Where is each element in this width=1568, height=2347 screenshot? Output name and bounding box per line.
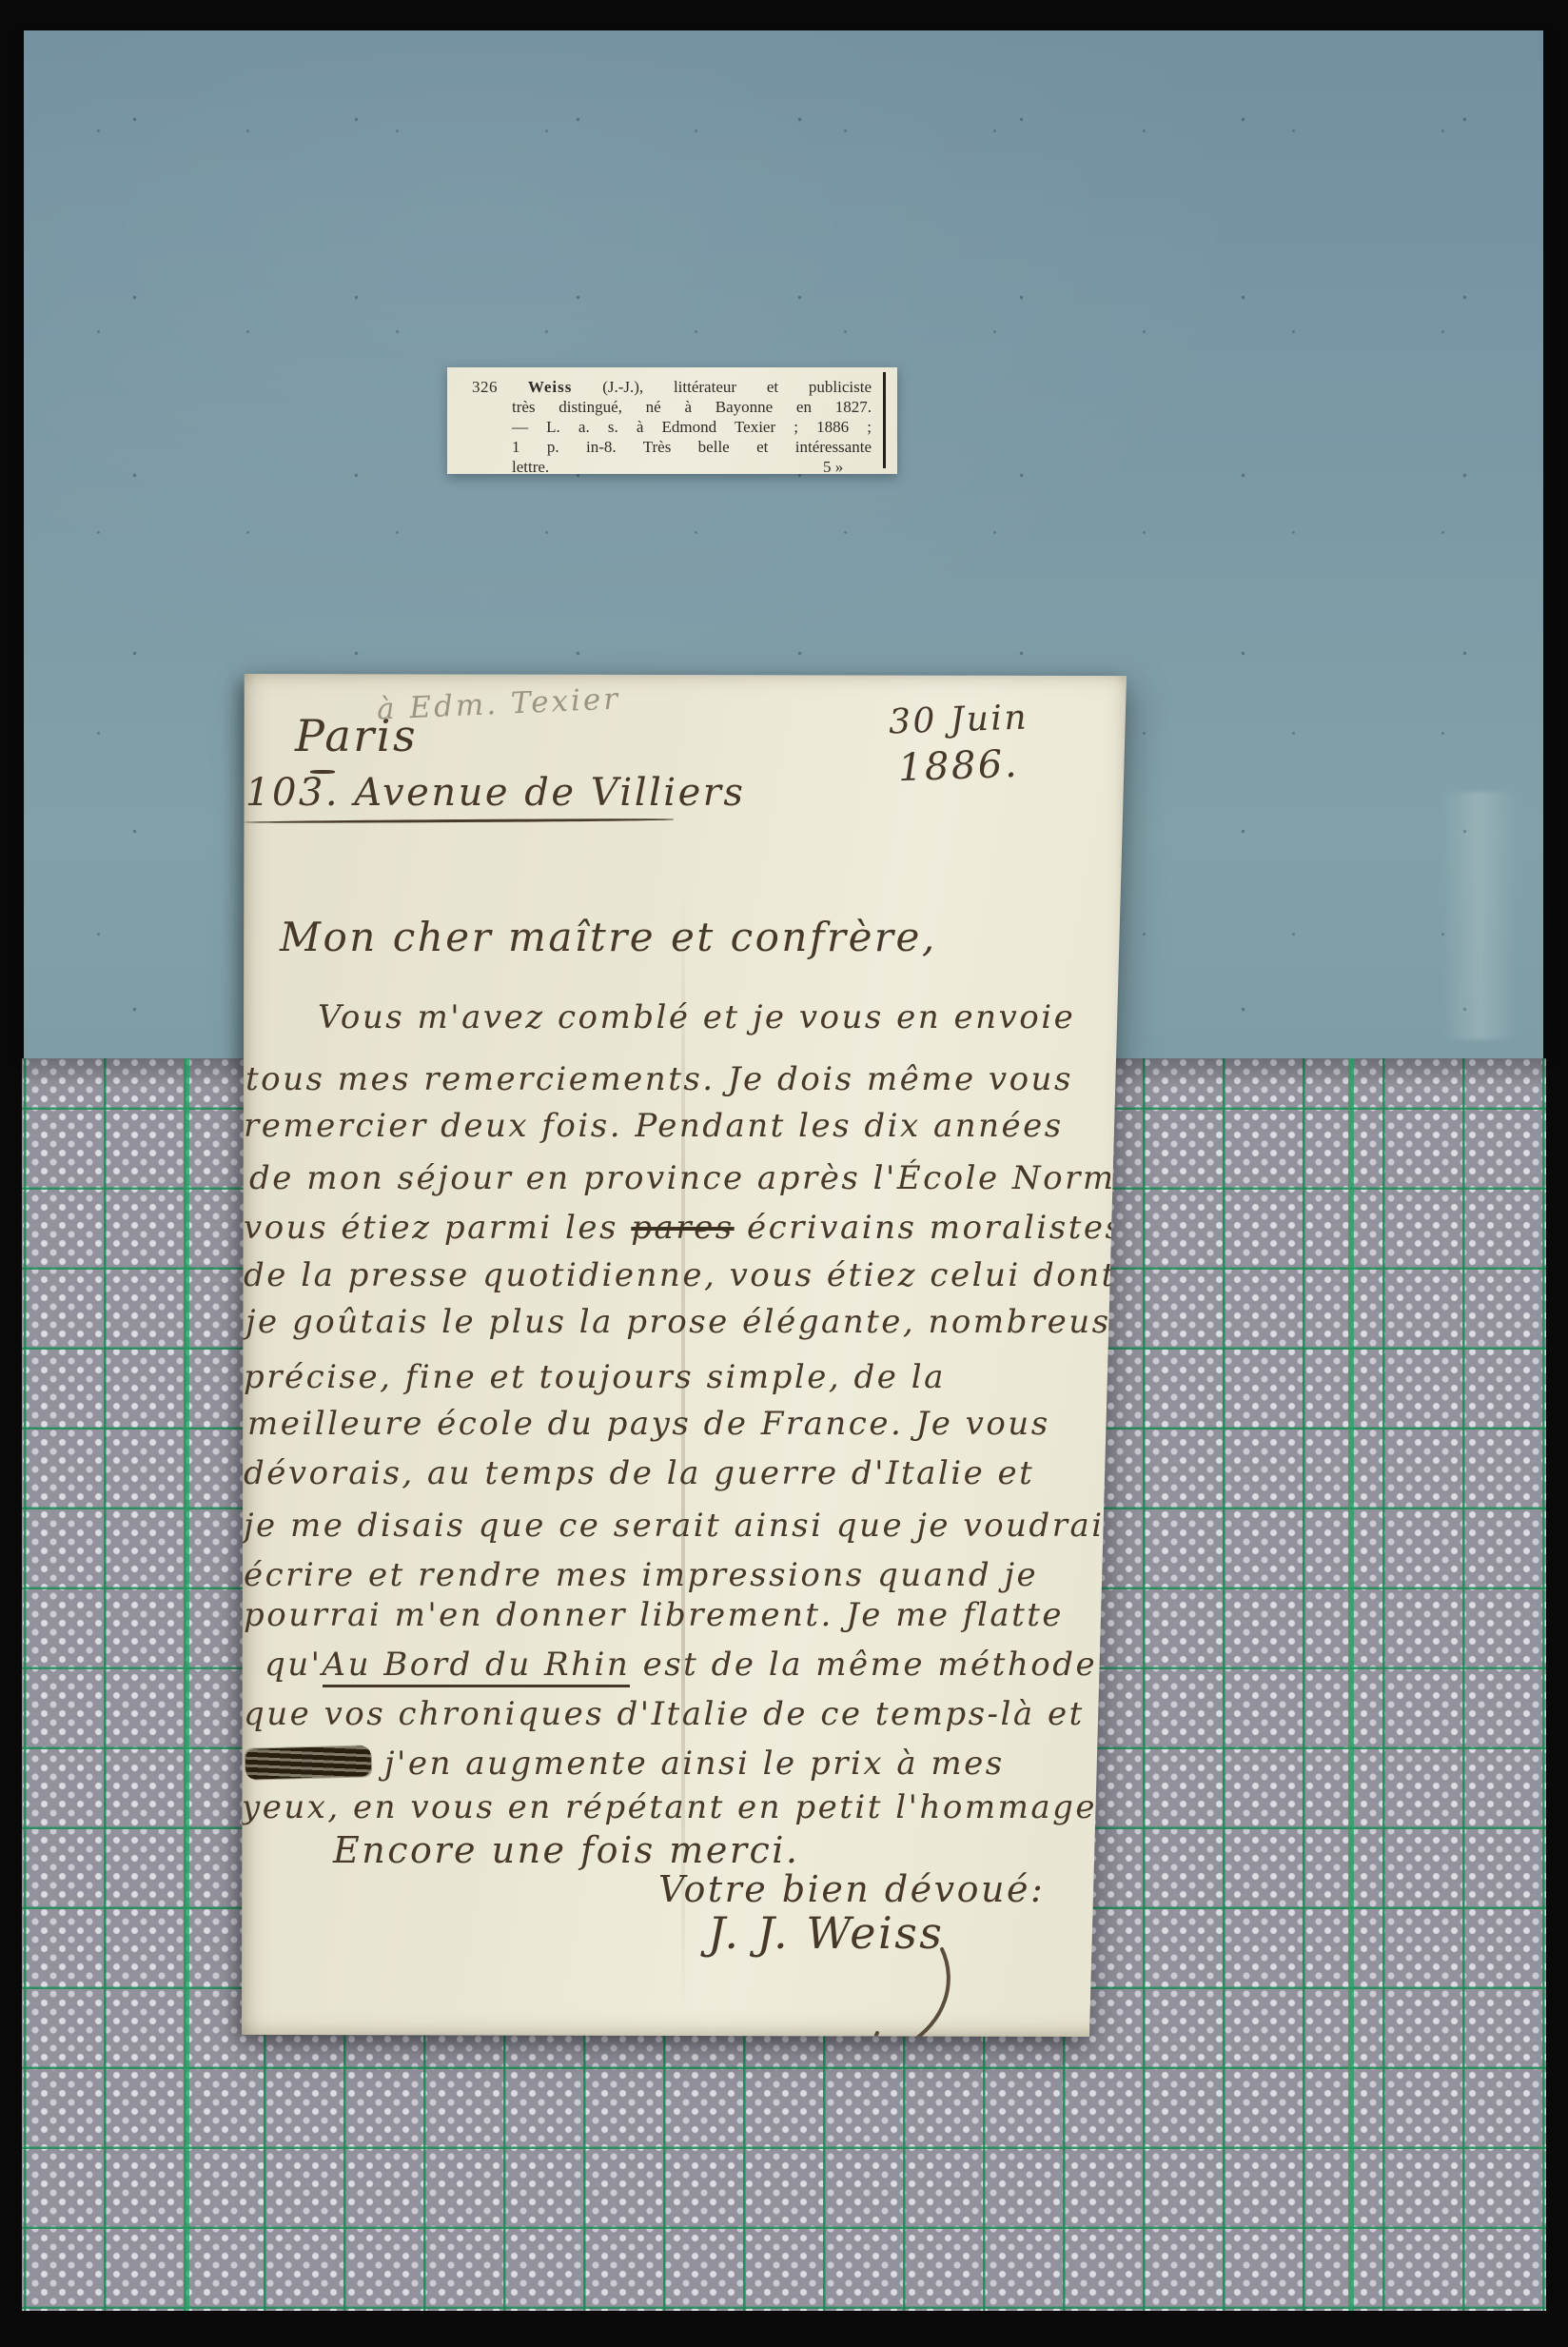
body-line-5: vous étiez parmi les pares écrivains mor…: [244, 1209, 1124, 1247]
letter-wrap: à Edm. Texier Paris 30 Juin 1886. 103. A…: [242, 674, 1127, 2037]
city: Paris: [295, 710, 418, 761]
author-name: Weiss: [528, 378, 573, 396]
date-year: 1886.: [897, 742, 1020, 790]
body-line-11: je me disais que ce serait ainsi que je …: [244, 1507, 1124, 1545]
clipping-line-4: 1 p. in-8. Très belle et intéressante: [512, 437, 872, 457]
body-line-9: meilleure école du pays de France. Je vo…: [247, 1405, 1050, 1443]
body-line-12: écrire et rendre mes impressions quand j…: [244, 1556, 1038, 1594]
paper-scratch-streak: [1441, 792, 1518, 1039]
body-line-4: de mon séjour en province après l'École …: [249, 1159, 1171, 1197]
body-line-6: de la presse quotidienne, vous étiez cel…: [244, 1256, 1117, 1294]
body-line-10: dévorais, au temps de la guerre d'Italie…: [244, 1454, 1034, 1492]
body-line-14: qu'Au Bord du Rhin est de la même méthod…: [265, 1646, 1097, 1684]
body-line-16: j'en augmente ainsi le prix à mes: [384, 1745, 1005, 1783]
body-line-14-pre: qu': [265, 1646, 323, 1684]
body-line-1: Vous m'avez comblé et je vous en envoie: [318, 998, 1075, 1036]
closing-devoue: Votre bien dévoué:: [658, 1868, 1045, 1910]
mat-major-gridline: [184, 1058, 189, 2311]
body-line-2: tous mes remerciements. Je dois même vou…: [245, 1060, 1073, 1098]
body-line-13: pourrai m'en donner librement. Je me fla…: [244, 1596, 1064, 1634]
clipping-line-1: 326 Weiss (J.-J.), littérateur et public…: [472, 377, 872, 397]
photograph-of-letter: { "scene": { "description_colors": { "fr…: [0, 0, 1568, 2347]
address-underline: [244, 818, 674, 824]
struck-word: pares: [631, 1209, 734, 1247]
body-line-5-pre: vous étiez parmi les: [244, 1209, 631, 1247]
clipping-price: 5 »: [823, 457, 843, 477]
body-line-17: yeux, en vous en répétant en petit l'hom…: [242, 1788, 1109, 1826]
body-line-8: précise, fine et toujours simple, de la: [244, 1358, 946, 1396]
clipping-line-1-rest: (J.-J.), littérateur et publiciste: [602, 378, 872, 396]
closing-merci: Encore une fois merci.: [333, 1829, 800, 1871]
underlined-title: Au Bord du Rhin: [323, 1646, 631, 1687]
body-line-3: remercier deux fois. Pendant les dix ann…: [244, 1107, 1064, 1145]
autograph-letter: à Edm. Texier Paris 30 Juin 1886. 103. A…: [242, 674, 1127, 2037]
body-line-5-post: écrivains moralistes: [735, 1209, 1125, 1247]
mat-major-gridline: [1348, 1058, 1354, 2311]
salutation: Mon cher maître et confrère,: [280, 914, 937, 960]
column-rule: [883, 372, 886, 468]
address: 103. Avenue de Villiers: [245, 771, 745, 815]
ink-scribble: [245, 1745, 372, 1779]
catalog-clipping: 326 Weiss (J.-J.), littérateur et public…: [447, 367, 897, 474]
body-line-14-post: est de la même méthode: [630, 1646, 1097, 1684]
clipping-line-3: — L. a. s. à Edmond Texier ; 1886 ;: [512, 417, 872, 437]
clipping-line-2: très distingué, né à Bayonne en 1827.: [512, 397, 872, 417]
body-line-15: que vos chroniques d'Italie de ce temps-…: [244, 1695, 1085, 1733]
clipping-line-5: lettre.: [512, 457, 549, 477]
body-line-7: je goûtais le plus la prose élégante, no…: [245, 1303, 1132, 1341]
date-day-month: 30 Juin: [888, 698, 1029, 741]
catalog-number: 326: [472, 378, 498, 396]
